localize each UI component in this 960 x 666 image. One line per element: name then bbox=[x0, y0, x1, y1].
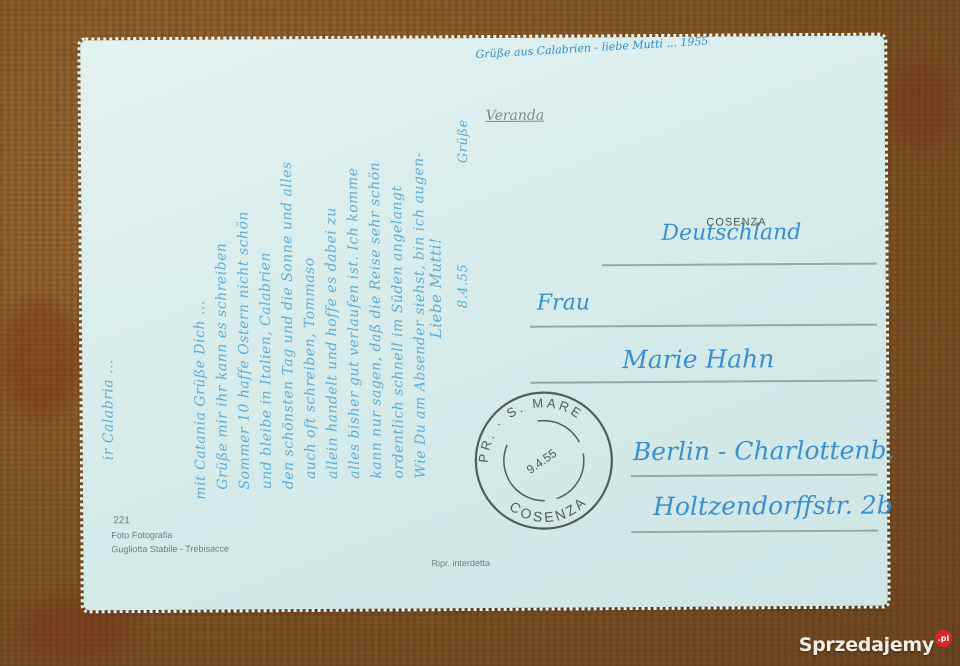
address-street: Holtzendorffstr. 2b bbox=[653, 491, 893, 521]
address-line bbox=[602, 263, 877, 267]
printed-label-line1: Foto Fotografia bbox=[111, 530, 172, 540]
watermark-text: Sprzedajemy bbox=[799, 634, 934, 656]
message-line: mit Catania Grüße Dich ... bbox=[192, 300, 209, 500]
address-salutation: Frau bbox=[537, 290, 590, 315]
message-line: und bleibe in Italien, Calabrien bbox=[258, 252, 275, 489]
message-line: den schönsten Tag und die Sonne und alle… bbox=[279, 161, 297, 489]
message-line: Liebe Mutti! bbox=[426, 237, 445, 338]
message-line: kann nur sagen, daß die Reise sehr schön bbox=[367, 162, 385, 479]
printed-label-number: 221 bbox=[113, 515, 130, 526]
via-note: Veranda bbox=[486, 108, 545, 124]
side-note: Grüße bbox=[456, 119, 471, 163]
message-line: Sommer 10 haffe Ostern nicht schön bbox=[235, 211, 253, 489]
printed-label-line2: Gugliotta Stabile - Trebisacce bbox=[111, 544, 229, 555]
address-line bbox=[631, 530, 878, 534]
postmark-top-text: PR. · S. MARE bbox=[475, 395, 586, 464]
message-line: auch oft schreiben, Tommaso bbox=[302, 257, 319, 479]
country-overstamp: COSENZA bbox=[706, 216, 766, 228]
message-line: Wie Du am Absender siehst, bin ich augen… bbox=[411, 152, 429, 478]
printed-note-right: Ripr. interdetta bbox=[431, 558, 490, 568]
svg-text:PR. · S. MARE: PR. · S. MARE bbox=[475, 395, 586, 464]
message-line: ir Calabria ... bbox=[100, 359, 117, 460]
watermark-badge: .pl bbox=[935, 630, 952, 647]
postmark-stamp: PR. · S. MARE COSENZA 9.4.55 bbox=[467, 382, 618, 533]
address-line bbox=[631, 474, 878, 478]
table-stain bbox=[0, 300, 80, 420]
site-watermark: Sprzedajemy .pl bbox=[799, 634, 952, 656]
message-line: Grüße mir ihr kann es schreiben bbox=[214, 243, 232, 490]
top-margin-note: Grüße aus Calabrien - liebe Mutti ... 19… bbox=[475, 35, 709, 62]
message-line: alles bisher gut verlaufen ist. Ich komm… bbox=[345, 167, 363, 478]
address-city: Berlin - Charlottenb. bbox=[633, 435, 895, 466]
message-area: Liebe Mutti! Wie Du am Absender siehst, … bbox=[80, 36, 884, 41]
message-line: ordentlich schnell im Süden angelangt bbox=[389, 185, 407, 478]
postcard: Liebe Mutti! Wie Du am Absender siehst, … bbox=[80, 36, 887, 611]
address-name: Marie Hahn bbox=[622, 344, 774, 374]
postmark-date: 9.4.55 bbox=[524, 446, 560, 477]
date-note: 8.4.55 bbox=[456, 264, 471, 308]
address-line bbox=[530, 324, 877, 328]
message-line: allein handelt und hoffe es dabei zu bbox=[323, 207, 341, 479]
table-stain bbox=[890, 60, 950, 150]
